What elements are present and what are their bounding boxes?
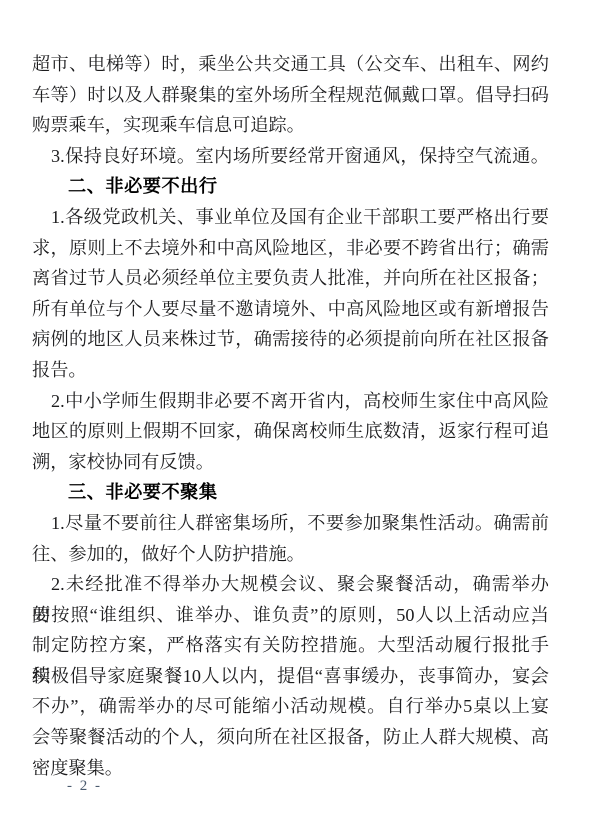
body-line: 所有单位与个人要尽量不邀请境外、中高风险地区或有新增报告 <box>32 294 549 325</box>
body-line: 溯，家校协同有反馈。 <box>32 447 549 478</box>
body-line: 超市、电梯等）时，乘坐公共交通工具（公交车、出租车、网约 <box>32 49 549 80</box>
body-line: 3.保持良好环境。室内场所要经常开窗通风，保持空气流通。 <box>32 141 549 172</box>
body-line: 2.未经批准不得举办大规模会议、聚会聚餐活动，确需举办的， <box>32 569 549 600</box>
body-line: 车等）时以及人群聚集的室外场所全程规范佩戴口罩。倡导扫码 <box>32 80 549 111</box>
body-line: 要按照“谁组织、谁举办、谁负责”的原则，50人以上活动应当 <box>32 600 549 631</box>
body-line: 1.尽量不要前往人群密集场所，不要参加聚集性活动。确需前 <box>32 508 549 539</box>
section-heading-2: 二、非必要不出行 <box>32 171 549 202</box>
body-line: 积极倡导家庭聚餐10人以内，提倡“喜事缓办，丧事简办，宴会 <box>32 661 549 692</box>
body-line: 病例的地区人员来株过节，确需接待的必须提前向所在社区报备 <box>32 324 549 355</box>
page-number: - 2 - <box>67 776 102 796</box>
body-line: 制定防控方案，严格落实有关防控措施。大型活动履行报批手续， <box>32 630 549 661</box>
body-line: 密度聚集。 <box>32 753 549 784</box>
body-line: 报告。 <box>32 355 549 386</box>
document-body: 超市、电梯等）时，乘坐公共交通工具（公交车、出租车、网约 车等）时以及人群聚集的… <box>32 49 549 783</box>
body-line: 不办”，确需举办的尽可能缩小活动规模。自行举办5桌以上宴 <box>32 691 549 722</box>
body-line: 2.中小学师生假期非必要不离开省内，高校师生家住中高风险 <box>32 386 549 417</box>
body-line: 会等聚餐活动的个人，须向所在社区报备，防止人群大规模、高 <box>32 722 549 753</box>
body-line: 购票乘车，实现乘车信息可追踪。 <box>32 110 549 141</box>
body-line: 离省过节人员必须经单位主要负责人批准，并向所在社区报备； <box>32 263 549 294</box>
section-heading-3: 三、非必要不聚集 <box>32 477 549 508</box>
body-line: 求，原则上不去境外和中高风险地区，非必要不跨省出行；确需 <box>32 233 549 264</box>
document-page: 超市、电梯等）时，乘坐公共交通工具（公交车、出租车、网约 车等）时以及人群聚集的… <box>0 0 601 834</box>
body-line: 1.各级党政机关、事业单位及国有企业干部职工要严格出行要 <box>32 202 549 233</box>
body-line: 地区的原则上假期不回家，确保离校师生底数清，返家行程可追 <box>32 416 549 447</box>
body-line: 往、参加的，做好个人防护措施。 <box>32 539 549 570</box>
